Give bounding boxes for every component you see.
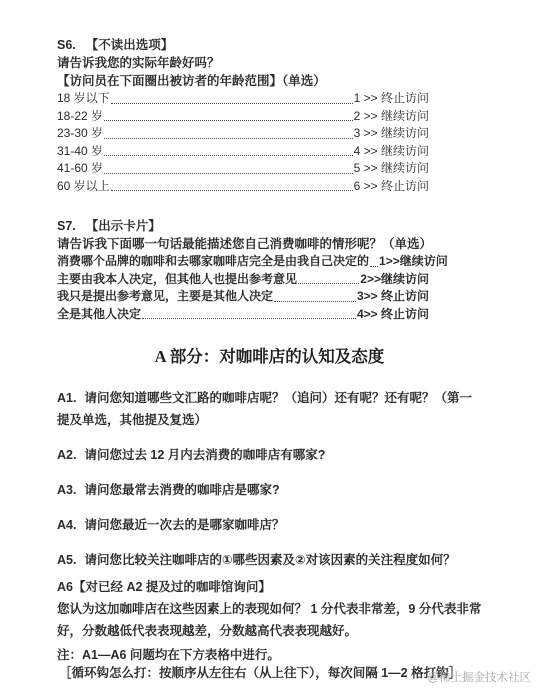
s7-option-row: 主要由我本人决定，但其他人也提出参考意见2>>继续访问 <box>57 271 429 289</box>
s7-option-list: 消费哪个品牌的咖啡和去哪家咖啡店完全是由我自己决定的1>>继续访问 主要由我本人… <box>57 253 429 323</box>
s7-option-row: 全是其他人决定4>> 终止访问 <box>57 306 429 324</box>
dotted-leader <box>274 301 356 302</box>
section-s7: S7.【出示卡片】 请告诉我下面哪一句话最能描述您自己消费咖啡的情形呢？（单选）… <box>57 217 482 323</box>
option-code-result: 4>> 终止访问 <box>357 306 429 324</box>
s7-question: 请告诉我下面哪一句话最能描述您自己消费咖啡的情形呢？（单选） <box>57 235 482 253</box>
option-label: 全是其他人决定 <box>57 306 141 324</box>
option-code-result: 5 >> 继续访问 <box>354 160 429 178</box>
dotted-leader <box>104 173 353 174</box>
s7-id: S7. <box>57 219 76 233</box>
question-id: A3. <box>57 483 76 497</box>
option-code-result: 4 >> 继续访问 <box>354 143 429 161</box>
a6-instruction: 【对已经 A2 提及过的咖啡馆询问】 <box>73 580 271 594</box>
s6-option-row: 18-22 岁2 >> 继续访问 <box>57 108 429 126</box>
option-code-result: 2>>继续访问 <box>360 271 429 289</box>
question-id: A1. <box>57 391 76 405</box>
question-id: A5. <box>57 553 76 567</box>
option-label: 41-60 岁 <box>57 160 103 178</box>
option-code-result: 1 >> 终止访问 <box>354 90 429 108</box>
note-table-reference: 注：A1—A6 问题均在下方表格中进行。 <box>57 646 482 664</box>
dotted-leader <box>370 266 378 267</box>
s6-option-row: 60 岁以上6 >> 终止访问 <box>57 178 429 196</box>
part-a-questions: A1.请问您知道哪些文汇路的咖啡店呢？（追问）还有呢？还有呢？（第一提及单选，其… <box>57 387 482 571</box>
option-code-result: 2 >> 继续访问 <box>354 108 429 126</box>
option-label: 主要由我本人决定，但其他人也提出参考意见 <box>57 271 297 289</box>
question-id: A6 <box>57 580 73 594</box>
s6-interviewer-note: 【访问员在下面圈出被访者的年龄范围】（单选） <box>57 72 482 90</box>
dotted-leader <box>142 318 356 319</box>
part-a-title: A 部分：对咖啡店的认知及态度 <box>57 345 482 369</box>
question-a5: A5.请问您比较关注咖啡店的①哪些因素及②对该因素的关注程度如何？ <box>57 549 482 571</box>
question-id: A4. <box>57 518 76 532</box>
s6-option-row: 18 岁以下1 >> 终止访问 <box>57 90 429 108</box>
dotted-leader <box>298 283 359 284</box>
s6-option-list: 18 岁以下1 >> 终止访问 18-22 岁2 >> 继续访问 23-30 岁… <box>57 90 429 195</box>
s6-id: S6. <box>57 38 76 52</box>
dotted-leader <box>104 138 353 139</box>
option-code-result: 3>> 终止访问 <box>357 288 429 306</box>
question-a6: A6【对已经 A2 提及过的咖啡馆询问】 您认为这加咖啡店在这些因素上的表现如何… <box>57 576 482 642</box>
option-code-result: 3 >> 继续访问 <box>354 125 429 143</box>
watermark-text: @稀土掘金技术社区 <box>427 669 531 685</box>
dotted-leader <box>111 190 353 191</box>
question-a2: A2.请问您过去 12 月内去消费的咖啡店有哪家? <box>57 444 482 466</box>
question-text: 请问您最常去消费的咖啡店是哪家? <box>84 483 279 497</box>
dotted-leader <box>104 155 353 156</box>
question-text: 请问您过去 12 月内去消费的咖啡店有哪家? <box>84 448 325 462</box>
s7-instruction: 【出示卡片】 <box>86 219 161 233</box>
option-label: 18 岁以下 <box>57 90 110 108</box>
question-a1: A1.请问您知道哪些文汇路的咖啡店呢？（追问）还有呢？还有呢？（第一提及单选，其… <box>57 387 482 431</box>
s6-instruction: 【不读出选项】 <box>86 38 174 52</box>
s6-heading: S6.【不读出选项】 <box>57 36 482 54</box>
note-tick-instruction: ［循环钩怎么打：按顺序从左往右（从上往下），每次间隔 1—2 格打钩］ <box>57 664 482 682</box>
question-a3: A3.请问您最常去消费的咖啡店是哪家? <box>57 479 482 501</box>
dotted-leader <box>111 103 353 104</box>
a6-heading: A6【对已经 A2 提及过的咖啡馆询问】 <box>57 576 482 598</box>
a6-body-text: 您认为这加咖啡店在这些因素上的表现如何？ 1 分代表非常差，9 分代表非常好，分… <box>57 598 482 642</box>
question-text: 请问您知道哪些文汇路的咖啡店呢？（追问）还有呢？还有呢？（第一提及单选，其他提及… <box>57 391 472 427</box>
question-id: A2. <box>57 448 76 462</box>
question-text: 请问您最近一次去的是哪家咖啡店？ <box>84 518 284 532</box>
s6-option-row: 23-30 岁3 >> 继续访问 <box>57 125 429 143</box>
footnotes: 注：A1—A6 问题均在下方表格中进行。 ［循环钩怎么打：按顺序从左往右（从上往… <box>57 646 482 682</box>
s7-option-row: 我只是提出参考意见，主要是其他人决定3>> 终止访问 <box>57 288 429 306</box>
option-label: 消费哪个品牌的咖啡和去哪家咖啡店完全是由我自己决定的 <box>57 253 369 271</box>
s7-heading: S7.【出示卡片】 <box>57 217 482 235</box>
dotted-leader <box>104 120 353 121</box>
section-s6: S6.【不读出选项】 请告诉我您的实际年龄好吗？ 【访问员在下面圈出被访者的年龄… <box>57 36 482 195</box>
question-text: 请问您比较关注咖啡店的①哪些因素及②对该因素的关注程度如何？ <box>84 553 455 567</box>
s6-option-row: 41-60 岁5 >> 继续访问 <box>57 160 429 178</box>
option-label: 31-40 岁 <box>57 143 103 161</box>
s7-option-row: 消费哪个品牌的咖啡和去哪家咖啡店完全是由我自己决定的1>>继续访问 <box>57 253 429 271</box>
option-label: 60 岁以上 <box>57 178 110 196</box>
s6-question: 请告诉我您的实际年龄好吗？ <box>57 54 482 72</box>
question-a4: A4.请问您最近一次去的是哪家咖啡店？ <box>57 514 482 536</box>
option-label: 18-22 岁 <box>57 108 103 126</box>
option-label: 23-30 岁 <box>57 125 103 143</box>
questionnaire-page: S6.【不读出选项】 请告诉我您的实际年龄好吗？ 【访问员在下面圈出被访者的年龄… <box>0 0 539 689</box>
option-code-result: 6 >> 终止访问 <box>354 178 429 196</box>
s6-option-row: 31-40 岁4 >> 继续访问 <box>57 143 429 161</box>
option-code-result: 1>>继续访问 <box>379 253 448 271</box>
option-label: 我只是提出参考意见，主要是其他人决定 <box>57 288 273 306</box>
